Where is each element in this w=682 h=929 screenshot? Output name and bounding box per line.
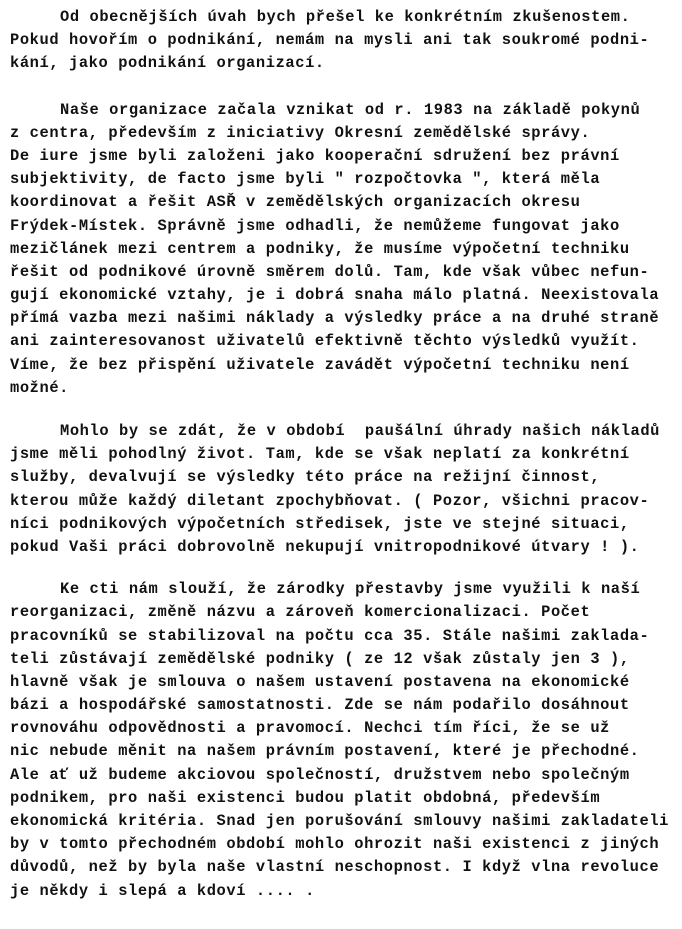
paragraph-3: Mohlo by se zdát, že v období paušální ú… xyxy=(10,420,682,559)
text-line: De iure jsme byli založeni jako kooperač… xyxy=(10,145,682,168)
text-line: koordinovat a řešit ASŘ v zemědělských o… xyxy=(10,191,682,214)
text-line: přímá vazba mezi našimi náklady a výsled… xyxy=(10,307,682,330)
text-line: kání, jako podnikání organizací. xyxy=(10,52,682,75)
text-line: Pokud hovořím o podnikání, nemám na mysl… xyxy=(10,29,682,52)
text-line: podnikem, pro naši existenci budou plati… xyxy=(10,787,682,810)
text-line: teli zůstávají zemědělské podniky ( ze 1… xyxy=(10,648,682,671)
text-line: rovnováhu odpovědnosti a pravomocí. Nech… xyxy=(10,717,682,740)
text-line: Frýdek-Místek. Správně jsme odhadli, že … xyxy=(10,215,682,238)
text-line: Ke cti nám slouží, že zárodky přestavby … xyxy=(10,578,682,601)
text-line: hlavně však je smlouva o našem ustavení … xyxy=(10,671,682,694)
text-line: jsme měli pohodlný život. Tam, kde se vš… xyxy=(10,443,682,466)
text-line: řešit od podnikové úrovně směrem dolů. T… xyxy=(10,261,682,284)
text-line: gují ekonomické vztahy, je i dobrá snaha… xyxy=(10,284,682,307)
text-line: bázi a hospodářské samostatnosti. Zde se… xyxy=(10,694,682,717)
text-line: níci podnikových výpočetních středisek, … xyxy=(10,513,682,536)
text-line: subjektivity, de facto jsme byli " rozpo… xyxy=(10,168,682,191)
text-line: Ale ať už budeme akciovou společností, d… xyxy=(10,764,682,787)
paragraph-4: Ke cti nám slouží, že zárodky přestavby … xyxy=(10,578,682,903)
text-line: Od obecnějších úvah bych přešel ke konkr… xyxy=(10,6,682,29)
text-line: z centra, především z iniciativy Okresní… xyxy=(10,122,682,145)
text-line: reorganizaci, změně názvu a zároveň kome… xyxy=(10,601,682,624)
text-line: je někdy i slepá a kdoví .... . xyxy=(10,880,682,903)
text-line: důvodů, než by byla naše vlastní neschop… xyxy=(10,856,682,879)
text-line: by v tomto přechodném období mohlo ohroz… xyxy=(10,833,682,856)
text-line: možné. xyxy=(10,377,682,400)
text-line: pracovníků se stabilizoval na počtu cca … xyxy=(10,625,682,648)
typewritten-page: Od obecnějších úvah bych přešel ke konkr… xyxy=(10,6,682,903)
text-line: služby, devalvují se výsledky této práce… xyxy=(10,466,682,489)
text-line: ani zainteresovanost uživatelů efektivně… xyxy=(10,330,682,353)
text-line: Víme, že bez přispění uživatele zavádět … xyxy=(10,354,682,377)
text-line: kterou může každý diletant zpochybňovat.… xyxy=(10,490,682,513)
text-line: Naše organizace začala vznikat od r. 198… xyxy=(10,99,682,122)
text-line: nic nebude měnit na našem právním postav… xyxy=(10,740,682,763)
paragraph-1: Od obecnějších úvah bych přešel ke konkr… xyxy=(10,6,682,76)
text-line: mezičlánek mezi centrem a podniky, že mu… xyxy=(10,238,682,261)
paragraph-2: Naše organizace začala vznikat od r. 198… xyxy=(10,99,682,400)
text-line: pokud Vaši práci dobrovolně nekupují vni… xyxy=(10,536,682,559)
text-line: ekonomická kritéria. Snad jen porušování… xyxy=(10,810,682,833)
text-line: Mohlo by se zdát, že v období paušální ú… xyxy=(10,420,682,443)
